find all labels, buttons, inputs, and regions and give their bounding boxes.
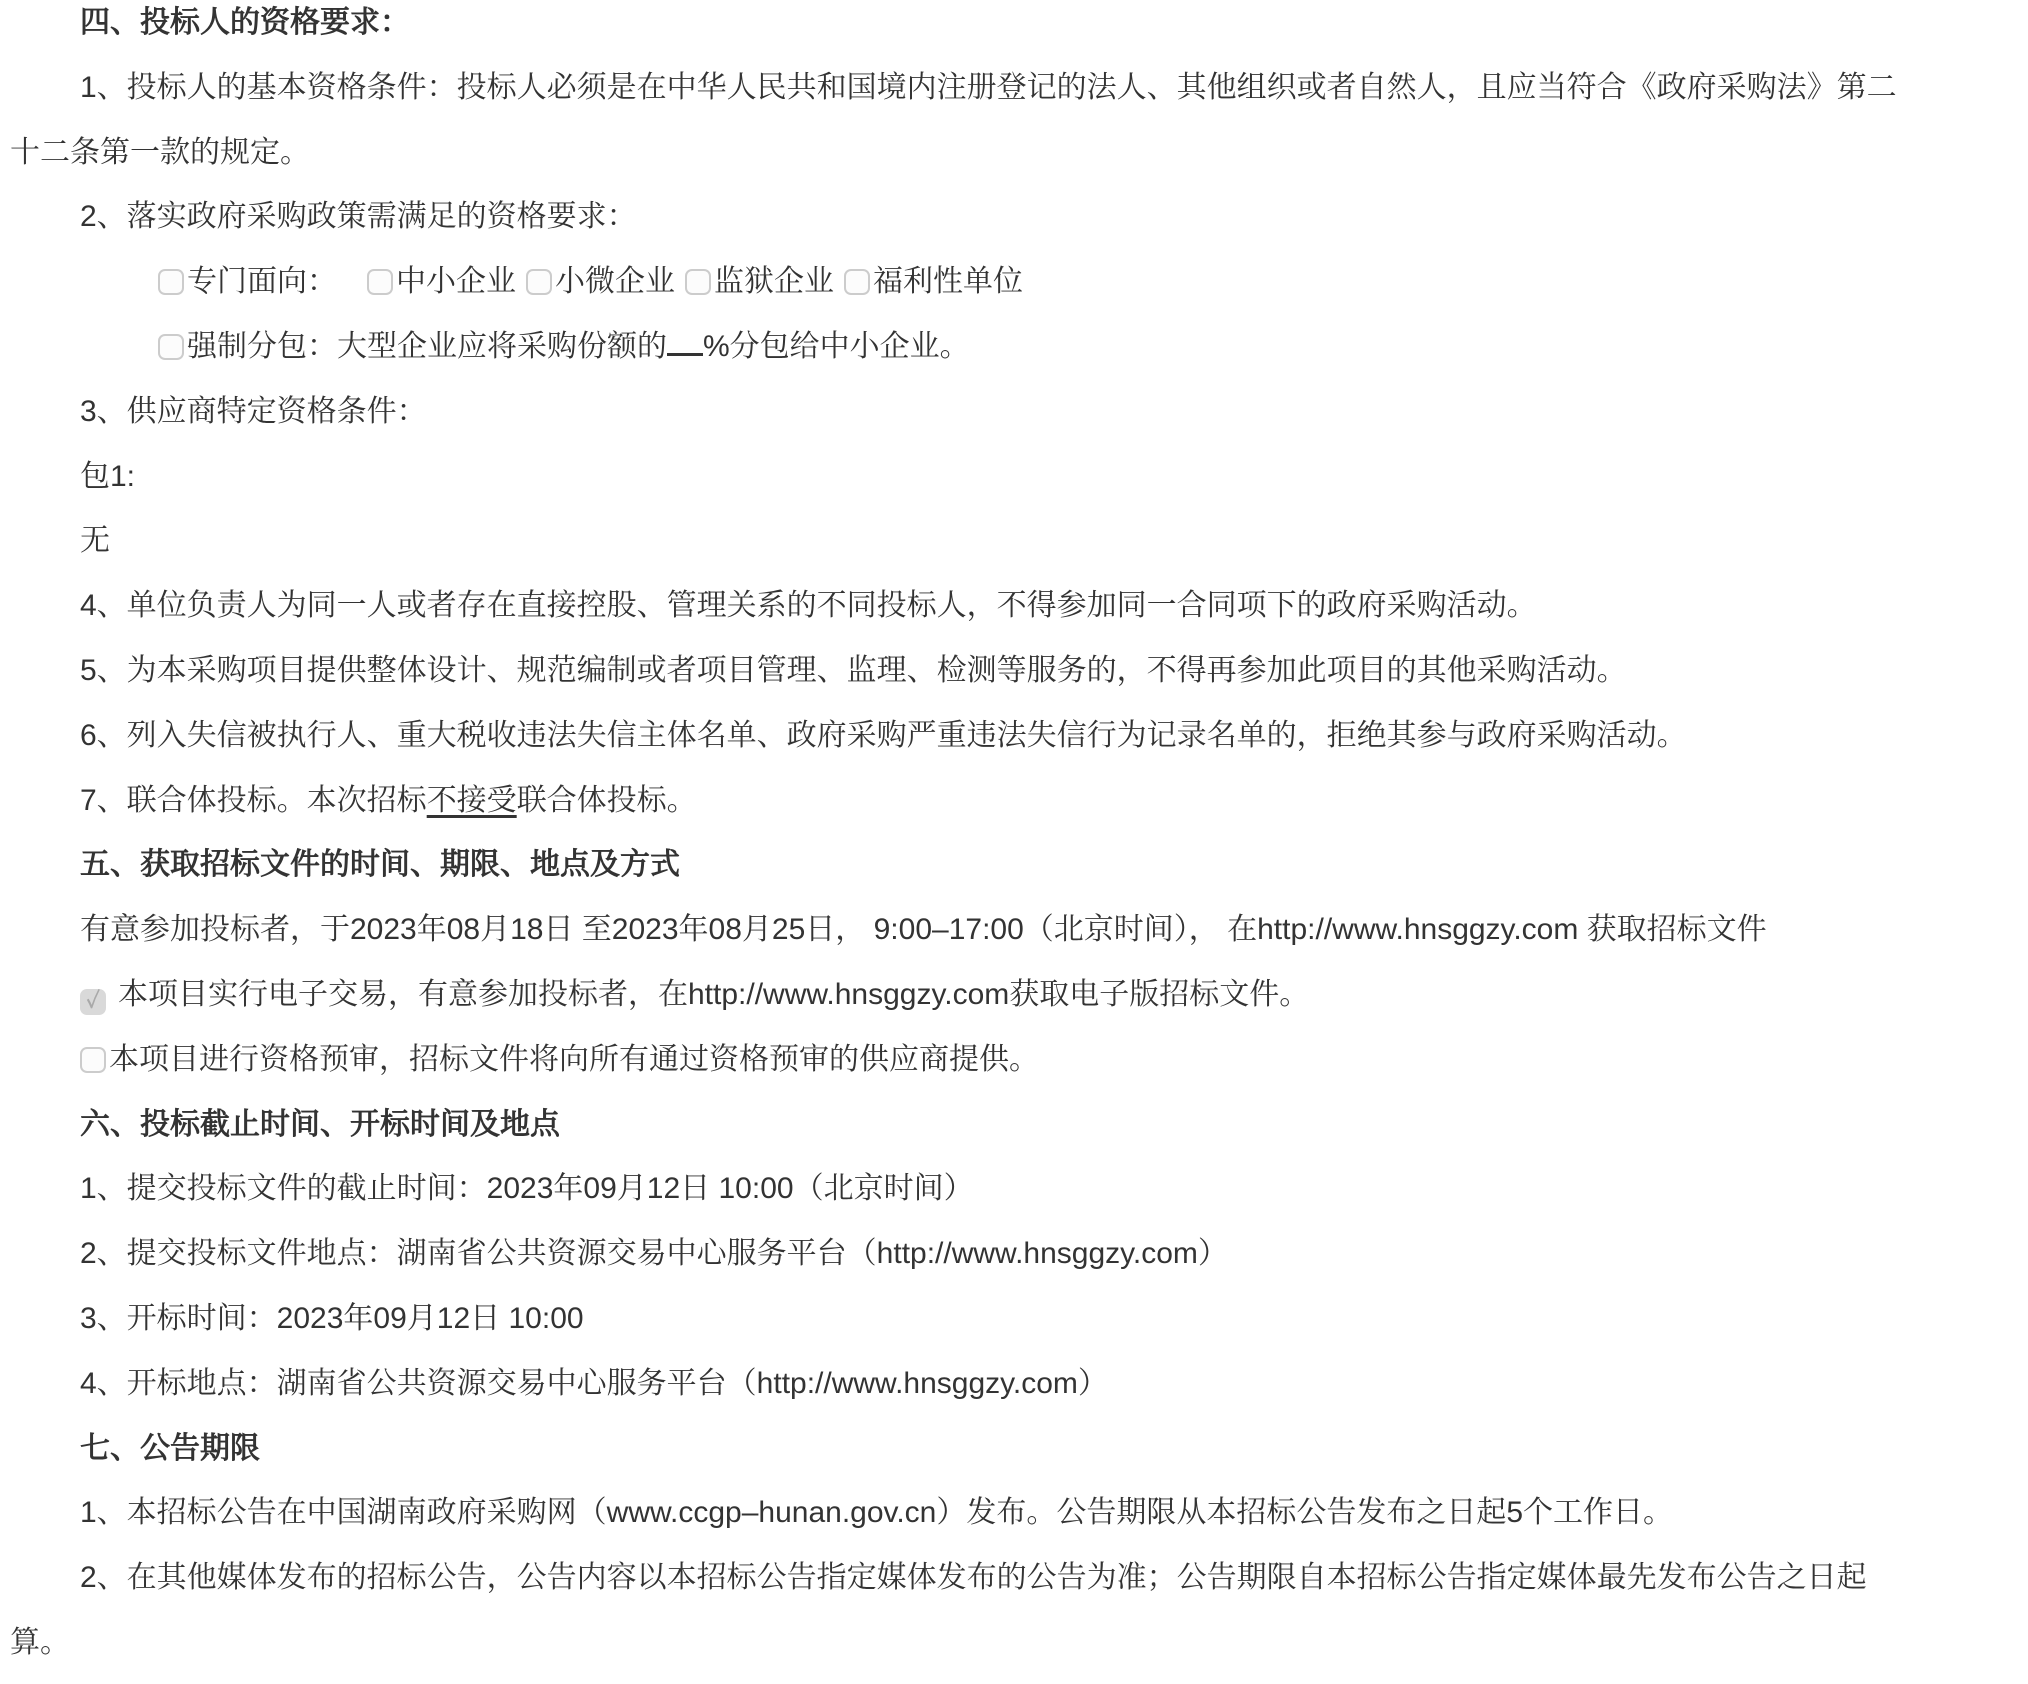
tender-announcement-document: 四、投标人的资格要求： 1、投标人的基本资格条件：投标人必须是在中华人民共和国境… [10,0,2018,1676]
targeted-label: 专门面向： [187,265,337,298]
section-6-heading: 六、投标截止时间、开标时间及地点 [10,1093,2018,1158]
service-provider-restriction-clause: 5、为本采购项目提供整体设计、规范编制或者项目管理、监理、检测等服务的，不得再参… [10,639,2018,704]
prequalification-text: 本项目进行资格预审，招标文件将向所有通过资格预审的供应商提供。 [109,1043,1039,1076]
section-4-heading: 四、投标人的资格要求： [10,0,2018,56]
forced-subcontract-text-before: 大型企业应将采购份额的 [337,330,667,363]
supplier-specific-conditions-intro: 3、供应商特定资格条件： [10,380,2018,445]
consortium-text-after: 联合体投标。 [517,784,697,817]
consortium-text-before: 7、联合体投标。本次招标 [80,784,427,817]
sme-label: 中小企业 [396,265,516,298]
dishonest-entities-clause: 6、列入失信被执行人、重大税收违法失信主体名单、政府采购严重违法失信行为记录名单… [10,704,2018,769]
bid-submission-place: 2、提交投标文件地点：湖南省公共资源交易中心服务平台（http://www.hn… [10,1222,2018,1287]
welfare-unit-checkbox[interactable] [844,269,870,295]
obtain-documents-info: 有意参加投标者，于2023年08月18日 至2023年08月25日， 9:00–… [10,898,2018,963]
prequalification-checkbox[interactable] [80,1047,106,1073]
electronic-trading-line: ✓本项目实行电子交易，有意参加投标者，在http://www.hnsggzy.c… [10,963,2018,1028]
consortium-not-accepted-text: 不接受 [427,784,517,817]
micro-small-enterprise-checkbox[interactable] [526,269,552,295]
bid-deadline: 1、提交投标文件的截止时间：2023年09月12日 10:00（北京时间） [10,1157,2018,1222]
micro-small-enterprise-label: 小微企业 [555,265,675,298]
bidder-basic-qualification-line1: 1、投标人的基本资格条件：投标人必须是在中华人民共和国境内注册登记的法人、其他组… [80,71,1897,104]
bidder-basic-qualification: 1、投标人的基本资格条件：投标人必须是在中华人民共和国境内注册登记的法人、其他组… [10,56,2018,186]
section-5-heading: 五、获取招标文件的时间、期限、地点及方式 [10,833,2018,898]
package-1-value: 无 [10,509,2018,574]
targeted-procurement-line: 专门面向：中小企业小微企业监狱企业福利性单位 [10,250,2018,315]
package-1-label: 包1: [10,445,2018,510]
bid-opening-place: 4、开标地点：湖南省公共资源交易中心服务平台（http://www.hnsggz… [10,1352,2018,1417]
welfare-unit-label: 福利性单位 [873,265,1023,298]
electronic-trading-checkbox[interactable]: ✓ [80,989,106,1015]
forced-subcontract-text-after: %分包给中小企业。 [703,330,970,363]
percentage-blank-field[interactable] [667,349,703,356]
bid-opening-time: 3、开标时间：2023年09月12日 10:00 [10,1287,2018,1352]
prequalification-line: 本项目进行资格预审，招标文件将向所有通过资格预审的供应商提供。 [10,1028,2018,1093]
announcement-media: 1、本招标公告在中国湖南政府采购网（www.ccgp–hunan.gov.cn）… [10,1481,2018,1546]
section-7-heading: 七、公告期限 [10,1417,2018,1482]
consortium-bidding-clause: 7、联合体投标。本次招标不接受联合体投标。 [10,769,2018,834]
announcement-period-line1: 2、在其他媒体发布的招标公告，公告内容以本招标公告指定媒体发布的公告为准；公告期… [80,1561,1867,1594]
forced-subcontract-checkbox[interactable] [158,334,184,360]
prison-enterprise-checkbox[interactable] [685,269,711,295]
announcement-period-line2: 算。 [10,1626,70,1659]
sme-checkbox[interactable] [367,269,393,295]
prison-enterprise-label: 监狱企业 [714,265,834,298]
same-responsible-person-clause: 4、单位负责人为同一人或者存在直接控股、管理关系的不同投标人，不得参加同一合同项… [10,574,2018,639]
policy-requirements-intro: 2、落实政府采购政策需满足的资格要求： [10,185,2018,250]
forced-subcontract-line: 强制分包：大型企业应将采购份额的%分包给中小企业。 [10,315,2018,380]
forced-subcontract-label: 强制分包： [187,330,337,363]
announcement-period-other-media: 2、在其他媒体发布的招标公告，公告内容以本招标公告指定媒体发布的公告为准；公告期… [10,1546,2018,1676]
electronic-trading-text: 本项目实行电子交易，有意参加投标者，在http://www.hnsggzy.co… [118,978,1309,1011]
bidder-basic-qualification-line2: 十二条第一款的规定。 [10,136,310,169]
targeted-checkbox[interactable] [158,269,184,295]
